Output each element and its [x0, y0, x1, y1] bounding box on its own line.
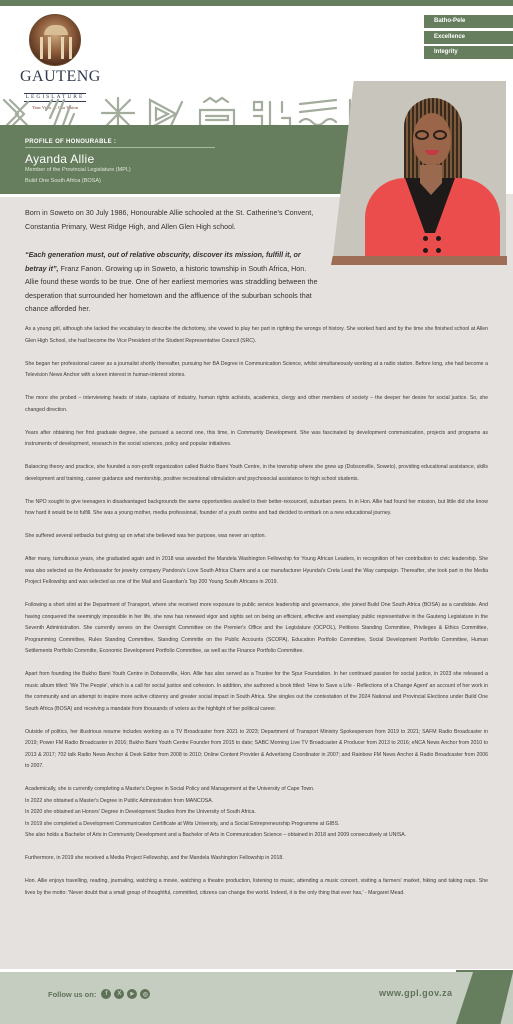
- academic-item: Academically, she is currently completin…: [25, 784, 488, 796]
- facebook-icon[interactable]: f: [101, 989, 111, 999]
- profile-label: PROFILE OF HONOURABLE :: [25, 139, 116, 145]
- portrait-base-bar: [331, 256, 507, 265]
- website-link[interactable]: www.gpl.gov.za: [379, 988, 453, 998]
- member-name: Ayanda Allie: [25, 152, 94, 166]
- banner-divider: [25, 147, 215, 148]
- instagram-icon[interactable]: ◎: [140, 989, 150, 999]
- social-links: Follow us on: f X ▶ ◎: [48, 989, 150, 999]
- bio-paragraph: The NPO sought to give teenagers in disa…: [25, 497, 488, 520]
- x-icon[interactable]: X: [114, 989, 124, 999]
- intro-quote-paragraph: “Each generation must, out of relative o…: [25, 248, 320, 316]
- value-excellence: Excellence: [424, 31, 513, 44]
- bio-paragraph: She suffered several setbacks but giving…: [25, 531, 488, 543]
- member-role: Member of the Provincial Legislature (MP…: [25, 167, 131, 173]
- bio-paragraph: Apart from founding the Bukho Bami Youth…: [25, 669, 488, 715]
- fellowships-paragraph: Furthermore, in 2019 she received a Medi…: [25, 853, 488, 865]
- intro-quote-text: Franz Fanon. Growing up in Soweto, a his…: [25, 264, 317, 314]
- logo-title: GAUTENG: [20, 69, 90, 85]
- intro-paragraph: Born in Soweto on 30 July 1986, Honourab…: [25, 206, 320, 233]
- member-party: Build One South Africa (BOSA): [25, 178, 101, 184]
- bio-paragraph: Following a short stint at the Departmen…: [25, 600, 488, 658]
- core-values-list: Batho-Pele Excellence Integrity: [424, 15, 513, 62]
- bio-paragraph: She began her professional career as a j…: [25, 359, 488, 382]
- academic-item: She also holds a Bachelor of Arts in Com…: [25, 830, 488, 842]
- value-batho-pele: Batho-Pele: [424, 15, 513, 28]
- follow-us-label: Follow us on:: [48, 990, 96, 999]
- value-integrity: Integrity: [424, 46, 513, 59]
- academic-item: In 2020 she obtained an Honors' Degree i…: [25, 807, 488, 819]
- closing-paragraph: Hon. Allie enjoys travelling, reading, j…: [25, 876, 488, 899]
- bio-paragraph: As a young girl, although she lacked the…: [25, 324, 488, 347]
- bio-paragraph: Years after obtaining her first graduate…: [25, 428, 488, 451]
- academic-item: In 2022 she obtained a Master's Degree i…: [25, 796, 488, 808]
- bio-paragraph: The more she probed – interviewing heads…: [25, 393, 488, 416]
- banner-separator: [0, 194, 350, 197]
- top-accent-bar: [0, 0, 513, 6]
- biography-body: As a young girl, although she lacked the…: [25, 324, 488, 899]
- bio-paragraph: Balancing theory and practice, she found…: [25, 462, 488, 485]
- academic-item: In 2019 she completed a Development Comm…: [25, 819, 488, 831]
- youtube-icon[interactable]: ▶: [127, 989, 137, 999]
- bio-paragraph: After many, tumultuous years, she gradua…: [25, 554, 488, 589]
- bio-paragraph: Outside of politics, her illustrious res…: [25, 727, 488, 773]
- footer-accent-line: [456, 970, 513, 972]
- legislature-building-emblem: [29, 14, 81, 66]
- footer-divider: [0, 969, 513, 972]
- academics-list: Academically, she is currently completin…: [25, 784, 488, 842]
